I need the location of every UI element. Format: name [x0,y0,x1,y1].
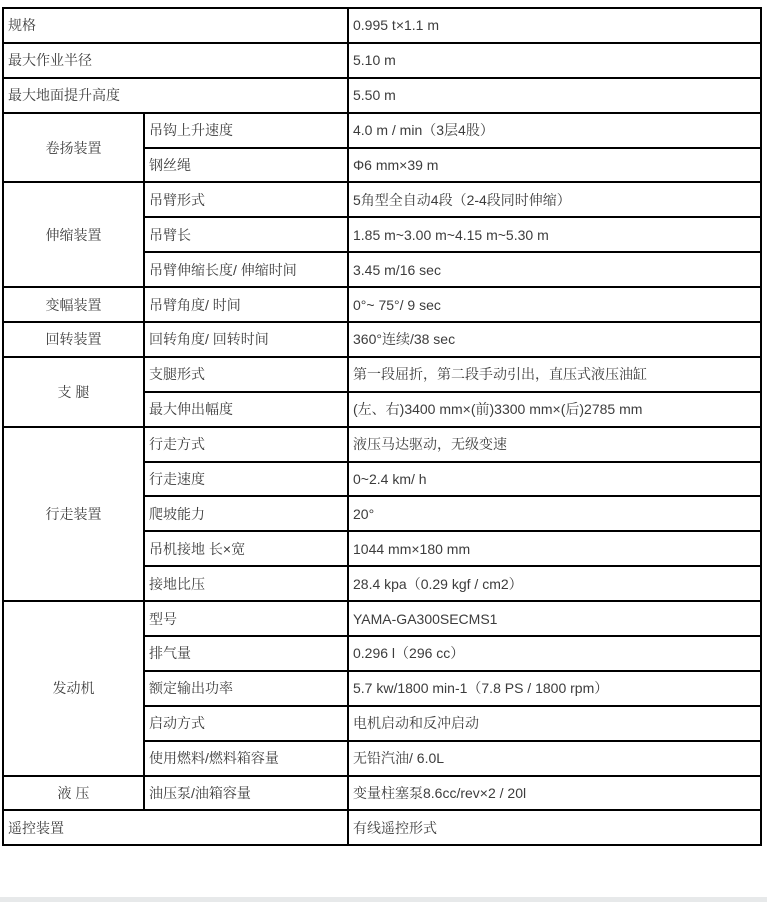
spec-category-cell: 发动机 [3,601,144,775]
spec-value-cell: YAMA-GA300SECMS1 [348,601,761,636]
spec-category-cell: 行走装置 [3,427,144,601]
table-row: 规格0.995 t×1.1 m [3,8,761,43]
spec-value-cell: Φ6 mm×39 m [348,148,761,183]
spec-value-cell: 0~2.4 km/ h [348,462,761,497]
spec-value-cell: 有线遥控形式 [348,810,761,845]
spec-value-cell: 3.45 m/16 sec [348,252,761,287]
table-row: 卷扬装置吊钩上升速度4.0 m / min（3层4股） [3,113,761,148]
spec-label-cell: 启动方式 [144,706,348,741]
spec-value-cell: 360°连续/38 sec [348,322,761,357]
table-row: 液 压油压泵/油箱容量变量柱塞泵8.6cc/rev×2 / 20l [3,776,761,811]
spec-value-cell: 28.4 kpa（0.29 kgf / cm2） [348,566,761,601]
spec-value-cell: 1.85 m~3.00 m~4.15 m~5.30 m [348,217,761,252]
spec-category-cell: 回转装置 [3,322,144,357]
spec-label-cell: 爬坡能力 [144,496,348,531]
table-row: 伸缩装置吊臂形式5角型全自动4段（2-4段同时伸缩） [3,182,761,217]
spec-label-cell: 吊臂长 [144,217,348,252]
table-row: 最大地面提升高度5.50 m [3,78,761,113]
spec-label-cell: 吊钩上升速度 [144,113,348,148]
spec-label-cell: 行走速度 [144,462,348,497]
spec-label-cell: 油压泵/油箱容量 [144,776,348,811]
spec-label-cell: 接地比压 [144,566,348,601]
spec-label-cell: 行走方式 [144,427,348,462]
page-bottom-strip [0,897,767,902]
spec-label-cell: 吊臂伸缩长度/ 伸缩时间 [144,252,348,287]
spec-value-cell: 5.7 kw/1800 min-1（7.8 PS / 1800 rpm） [348,671,761,706]
spec-label-cell: 规格 [3,8,348,43]
spec-label-cell: 吊臂形式 [144,182,348,217]
spec-category-cell: 支 腿 [3,357,144,427]
spec-value-cell: (左、右)3400 mm×(前)3300 mm×(后)2785 mm [348,392,761,427]
spec-value-cell: 5.10 m [348,43,761,78]
spec-label-cell: 最大作业半径 [3,43,348,78]
spec-label-cell: 支腿形式 [144,357,348,392]
spec-value-cell: 0.995 t×1.1 m [348,8,761,43]
spec-label-cell: 吊臂角度/ 时间 [144,287,348,322]
table-row: 行走装置行走方式液压马达驱动，无级变速 [3,427,761,462]
spec-value-cell: 20° [348,496,761,531]
spec-category-cell: 卷扬装置 [3,113,144,183]
spec-label-cell: 最大伸出幅度 [144,392,348,427]
spec-sheet-page: 规格0.995 t×1.1 m最大作业半径5.10 m最大地面提升高度5.50 … [0,0,767,902]
spec-value-cell: 无铅汽油/ 6.0L [348,741,761,776]
spec-value-cell: 4.0 m / min（3层4股） [348,113,761,148]
spec-label-cell: 最大地面提升高度 [3,78,348,113]
spec-value-cell: 1044 mm×180 mm [348,531,761,566]
spec-label-cell: 型号 [144,601,348,636]
spec-category-cell: 液 压 [3,776,144,811]
table-row: 变幅装置吊臂角度/ 时间0°~ 75°/ 9 sec [3,287,761,322]
spec-value-cell: 液压马达驱动，无级变速 [348,427,761,462]
spec-value-cell: 0°~ 75°/ 9 sec [348,287,761,322]
table-row: 支 腿支腿形式第一段屈折，第二段手动引出，直压式液压油缸 [3,357,761,392]
spec-label-cell: 排气量 [144,636,348,671]
spec-value-cell: 变量柱塞泵8.6cc/rev×2 / 20l [348,776,761,811]
spec-category-cell: 伸缩装置 [3,182,144,287]
spec-value-cell: 第一段屈折，第二段手动引出，直压式液压油缸 [348,357,761,392]
table-row: 回转装置回转角度/ 回转时间360°连续/38 sec [3,322,761,357]
spec-value-cell: 5角型全自动4段（2-4段同时伸缩） [348,182,761,217]
spec-category-cell: 变幅装置 [3,287,144,322]
spec-value-cell: 0.296 l（296 cc） [348,636,761,671]
spec-value-cell: 5.50 m [348,78,761,113]
spec-label-cell: 遥控装置 [3,810,348,845]
table-row: 最大作业半径5.10 m [3,43,761,78]
spec-label-cell: 额定输出功率 [144,671,348,706]
table-row: 发动机型号YAMA-GA300SECMS1 [3,601,761,636]
spec-label-cell: 钢丝绳 [144,148,348,183]
spec-label-cell: 吊机接地 长×宽 [144,531,348,566]
spec-table: 规格0.995 t×1.1 m最大作业半径5.10 m最大地面提升高度5.50 … [2,7,762,846]
table-row: 遥控装置有线遥控形式 [3,810,761,845]
spec-label-cell: 使用燃料/燃料箱容量 [144,741,348,776]
spec-label-cell: 回转角度/ 回转时间 [144,322,348,357]
spec-value-cell: 电机启动和反冲启动 [348,706,761,741]
